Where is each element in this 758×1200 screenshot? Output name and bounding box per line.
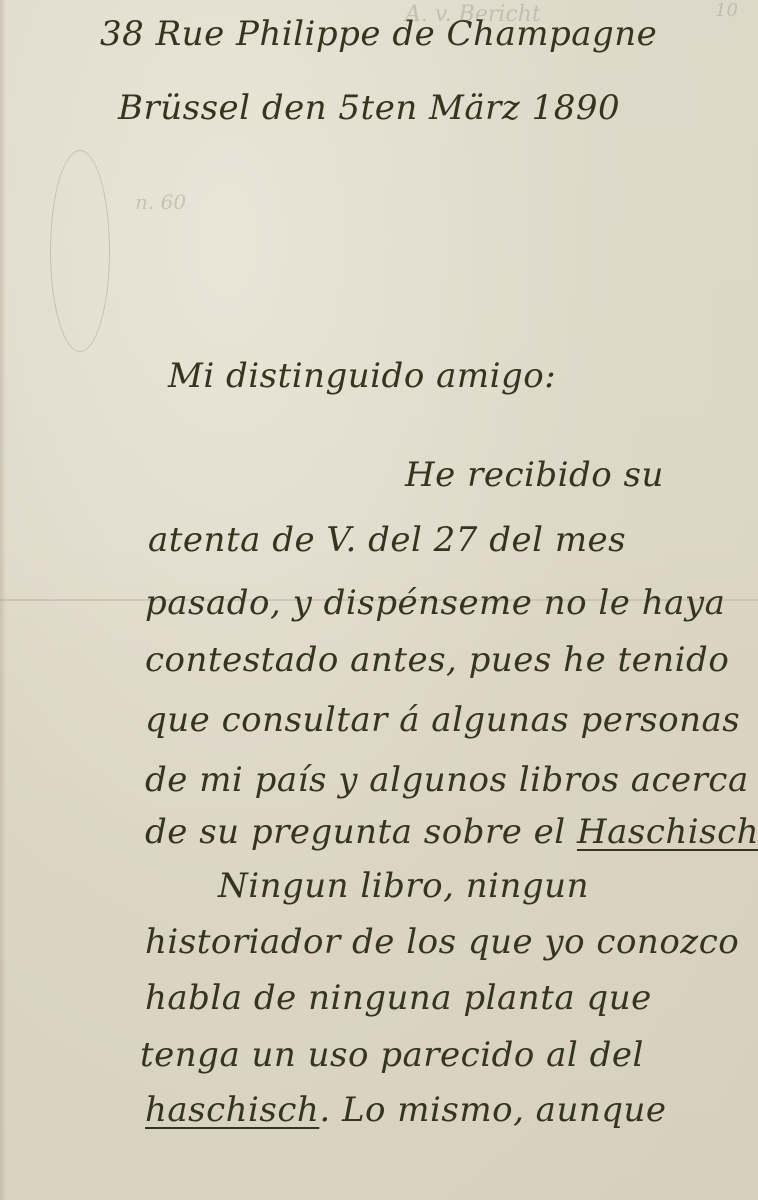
- letter-line-12-text: . Lo mismo, aunque: [319, 1090, 666, 1130]
- pencil-annotation-left: n. 60: [135, 190, 186, 214]
- letter-line-5: que consultar á algunas personas: [145, 700, 740, 740]
- letter-line-9: historiador de los que yo conozco: [145, 922, 739, 962]
- letter-line-10: habla de ninguna planta que: [145, 978, 652, 1018]
- underlined-word-haschisch: Haschisch: [577, 812, 758, 852]
- letter-line-2: atenta de V. del 27 del mes: [148, 520, 626, 560]
- pencil-page-number: 10: [715, 0, 738, 21]
- letter-line-7-text: de su pregunta sobre el: [145, 812, 566, 852]
- pencil-oval-mark: [50, 150, 110, 352]
- letter-line-1: He recibido su: [405, 455, 664, 495]
- letter-line-3: pasado, y dispénseme no le haya: [145, 583, 725, 623]
- letter-line-11: tenga un uso parecido al del: [140, 1035, 644, 1075]
- letter-line-8: Ningun libro, ningun: [218, 866, 589, 906]
- letter-page: A. v. Bericht 10 n. 60 38 Rue Philippe d…: [0, 0, 758, 1200]
- letter-place-date: Brüssel den 5ten März 1890: [118, 88, 620, 128]
- letter-line-4: contestado antes, pues he tenido: [145, 640, 729, 680]
- letter-line-7: de su pregunta sobre el Haschisch.: [145, 812, 758, 852]
- letter-line-6: de mi país y algunos libros acerca: [145, 760, 749, 800]
- letter-address: 38 Rue Philippe de Champagne: [100, 14, 657, 54]
- underlined-word-haschisch-2: haschisch: [145, 1090, 319, 1130]
- letter-line-12: haschisch. Lo mismo, aunque: [145, 1090, 667, 1130]
- letter-salutation: Mi distinguido amigo:: [168, 356, 556, 396]
